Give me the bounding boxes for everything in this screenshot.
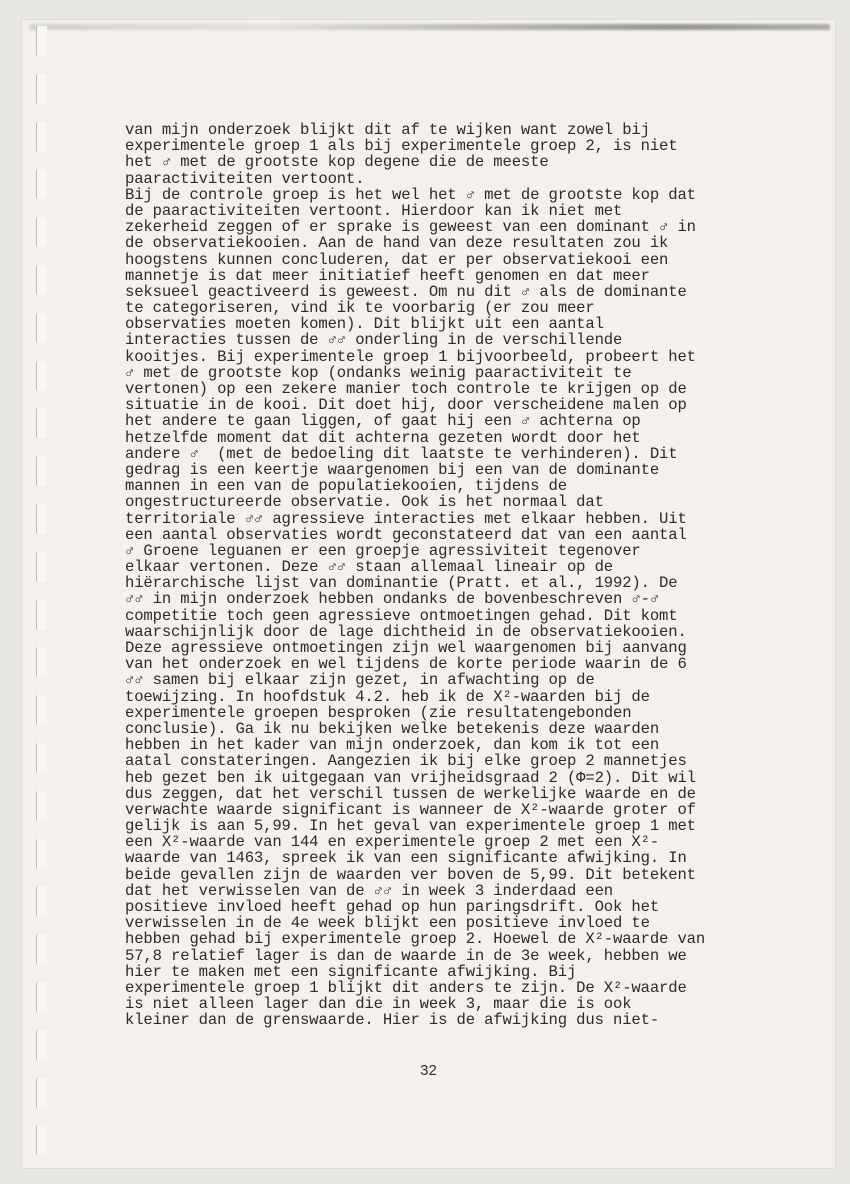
text-line: toewijzing. In hoofdstuk 4.2. heb ik de …	[125, 689, 765, 705]
text-line: van het onderzoek en wel tijdens de kort…	[125, 656, 765, 672]
text-line: gelijk is aan 5,99. In het geval van exp…	[125, 818, 765, 834]
text-line: Bij de controle groep is het wel het ♂ m…	[125, 187, 765, 203]
text-line: hier te maken met een significante afwij…	[125, 964, 765, 980]
text-line: dus zeggen, dat het verschil tussen de w…	[125, 786, 765, 802]
text-line: ♂ Groene leguanen er een groepje agressi…	[125, 543, 765, 559]
text-line: waarde van 1463, spreek ik van een signi…	[125, 850, 765, 866]
text-line: kleiner dan de grenswaarde. Hier is de a…	[125, 1012, 765, 1028]
text-line: te categoriseren, vind ik te voorbarig (…	[125, 300, 765, 316]
binding-hole	[36, 1030, 47, 1060]
text-line: ongestructureerde observatie. Ook is het…	[125, 494, 765, 510]
binding-hole	[36, 695, 47, 725]
text-line: paaractiviteiten vertoont.	[125, 171, 765, 187]
text-line: ♂ met de grootste kop (ondanks weinig pa…	[125, 365, 765, 381]
text-line: andere ♂ (met de bedoeling dit laatste t…	[125, 446, 765, 462]
binding-hole	[36, 313, 47, 343]
text-line: hebben in het kader van mijn onderzoek, …	[125, 737, 765, 753]
binding-hole	[36, 552, 47, 582]
binding-hole	[36, 26, 47, 56]
text-line: mannen in een van de populatiekooien, ti…	[125, 478, 765, 494]
binding-hole	[36, 361, 47, 391]
binding-hole	[36, 1078, 47, 1108]
text-line: competitie toch geen agressieve ontmoeti…	[125, 608, 765, 624]
text-line: elkaar vertonen. Deze ♂♂ staan allemaal …	[125, 559, 765, 575]
scan-edge-shadow	[30, 24, 830, 30]
text-line: experimentele groep 1 blijkt dit anders …	[125, 980, 765, 996]
text-line: observaties moeten komen). Dit blijkt ui…	[125, 316, 765, 332]
text-line: hetzelfde moment dat dit achterna gezete…	[125, 430, 765, 446]
text-line: de paaractiviteiten vertoont. Hierdoor k…	[125, 203, 765, 219]
text-line: hebben gehad bij experimentele groep 2. …	[125, 931, 765, 947]
text-line: hoogstens kunnen concluderen, dat er per…	[125, 252, 765, 268]
binding-hole	[36, 647, 47, 677]
binding-hole	[36, 743, 47, 773]
text-line: ♂♂ in mijn onderzoek hebben ondanks de b…	[125, 591, 765, 607]
binding-hole	[36, 265, 47, 295]
text-line: het andere te gaan liggen, of gaat hij e…	[125, 413, 765, 429]
text-line: hiërarchische lijst van dominantie (Prat…	[125, 575, 765, 591]
binding-hole	[36, 982, 47, 1012]
text-line: territoriale ♂♂ agressieve interacties m…	[125, 511, 765, 527]
text-line: zekerheid zeggen of er sprake is geweest…	[125, 219, 765, 235]
binding-hole	[36, 74, 47, 104]
page-number: 32	[22, 1062, 835, 1079]
text-line: de observatiekooien. Aan de hand van dez…	[125, 235, 765, 251]
text-line: vertonen) op een zekere manier toch cont…	[125, 381, 765, 397]
text-line: 57,8 relatief lager is dan de waarde in …	[125, 948, 765, 964]
text-line: situatie in de kooi. Dit doet hij, door …	[125, 397, 765, 413]
text-line: mannetje is dat meer initiatief heeft ge…	[125, 268, 765, 284]
text-line: seksueel geactiveerd is geweest. Om nu d…	[125, 284, 765, 300]
text-line: Deze agressieve ontmoetingen zijn wel wa…	[125, 640, 765, 656]
binding-hole	[36, 934, 47, 964]
text-line: verwisselen in de 4e week blijkt een pos…	[125, 915, 765, 931]
binding-holes	[36, 20, 50, 1168]
text-line: een X²-waarde van 144 en experimentele g…	[125, 834, 765, 850]
binding-hole	[36, 600, 47, 630]
text-line: verwachte waarde significant is wanneer …	[125, 802, 765, 818]
text-line: het ♂ met de grootste kop degene die de …	[125, 154, 765, 170]
text-line: een aantal observaties wordt geconstatee…	[125, 527, 765, 543]
text-line: experimentele groepen besproken (zie res…	[125, 705, 765, 721]
text-line: heb gezet ben ik uitgegaan van vrijheids…	[125, 770, 765, 786]
text-line: ♂♂ samen bij elkaar zijn gezet, in afwac…	[125, 672, 765, 688]
binding-hole	[36, 408, 47, 438]
text-line: aatal constateringen. Aangezien ik bij e…	[125, 753, 765, 769]
text-line: gedrag is een keertje waargenomen bij ee…	[125, 462, 765, 478]
binding-hole	[36, 1125, 47, 1155]
binding-hole	[36, 456, 47, 486]
text-line: waarschijnlijk door de lage dichtheid in…	[125, 624, 765, 640]
binding-hole	[36, 791, 47, 821]
text-line: experimentele groep 1 als bij experiment…	[125, 138, 765, 154]
text-line: conclusie). Ga ik nu bekijken welke bete…	[125, 721, 765, 737]
body-text: van mijn onderzoek blijkt dit af te wijk…	[125, 122, 765, 1029]
text-line: van mijn onderzoek blijkt dit af te wijk…	[125, 122, 765, 138]
text-line: kooitjes. Bij experimentele groep 1 bijv…	[125, 349, 765, 365]
binding-hole	[36, 886, 47, 916]
document-page: van mijn onderzoek blijkt dit af te wijk…	[22, 20, 835, 1168]
binding-hole	[36, 839, 47, 869]
binding-hole	[36, 122, 47, 152]
binding-hole	[36, 217, 47, 247]
text-line: interacties tussen de ♂♂ onderling in de…	[125, 332, 765, 348]
text-line: beide gevallen zijn de waarden ver boven…	[125, 867, 765, 883]
binding-hole	[36, 504, 47, 534]
binding-hole	[36, 169, 47, 199]
text-line: dat het verwisselen van de ♂♂ in week 3 …	[125, 883, 765, 899]
text-line: positieve invloed heeft gehad op hun par…	[125, 899, 765, 915]
text-line: is niet alleen lager dan die in week 3, …	[125, 996, 765, 1012]
